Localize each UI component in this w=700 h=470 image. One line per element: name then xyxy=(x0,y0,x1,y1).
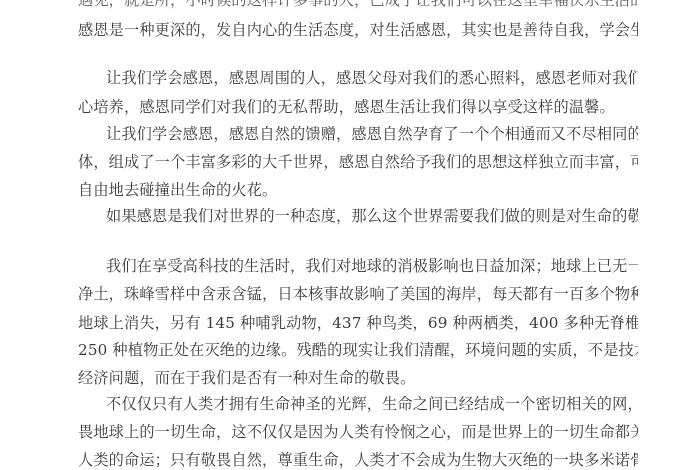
paragraph-line-first: 让我们学会感恩，感恩周围的人，感恩父母对我们的悉心照料，感恩老师对我们精 xyxy=(106,68,638,88)
paragraph-line: 畏地球上的一切生命，这不仅仅是因为人类有怜悯之心，而是世界上的一切生命都关乎 xyxy=(78,422,638,442)
paragraph-line-clipped: 遇见，就是所，小时候的这样许多事的人，已成了让我们可以在这里幸福快乐生活的们， xyxy=(78,0,638,10)
paragraph-line: 250 种植物正处在灭绝的边缘。残酷的现实让我们清醒，环境问题的实质，不是技术和 xyxy=(78,340,638,360)
paragraph-line-first: 我们在享受高科技的生活时，我们对地球的消极影响也日益加深；地球上已无一块 xyxy=(106,256,638,276)
paragraph-line-first: 如果感恩是我们对世界的一种态度，那么这个世界需要我们做的则是对生命的敬畏。 xyxy=(106,206,638,226)
document-page: 遇见，就是所，小时候的这样许多事的人，已成了让我们可以在这里幸福快乐生活的们， … xyxy=(0,0,700,470)
paragraph-line: 经济问题，而在于我们是否有一种对生命的敬畏。 xyxy=(78,368,638,388)
paragraph-line-first: 让我们学会感恩，感恩自然的馈赠，感恩自然孕育了一个个相通而又不尽相同的个 xyxy=(106,124,638,144)
paragraph-line: 心培养，感恩同学们对我们的无私帮助，感恩生活让我们得以享受这样的温馨。 xyxy=(78,97,638,117)
paragraph-line: 体，组成了一个丰富多彩的大千世界，感恩自然给予我们的思想这样独立而丰富，可以 xyxy=(78,152,638,172)
paragraph-line: 自由地去碰撞出生命的火花。 xyxy=(78,180,638,200)
paragraph-line: 净土，珠峰雪样中含汞含锰，日本核事故影响了美国的海岸，每天都有一百多个物种从 xyxy=(78,284,638,304)
paragraph-line-first: 不仅仅只有人类才拥有生命神圣的光辉，生命之间已经结成一个密切相关的网，敬 xyxy=(106,394,638,414)
paragraph-line: 人类的命运；只有敬畏自然，尊重生命，人类才不会成为生物大灭绝的一块多米诺骨牌。 xyxy=(78,450,638,470)
paragraph-line: 地球上消失，另有 145 种哺乳动物，437 种鸟类，69 种两栖类，400 多… xyxy=(78,313,638,333)
paragraph-line: 感恩是一种更深的，发自内心的生活态度，对生活感恩，其实也是善待自我，学会生活。 xyxy=(78,20,638,40)
